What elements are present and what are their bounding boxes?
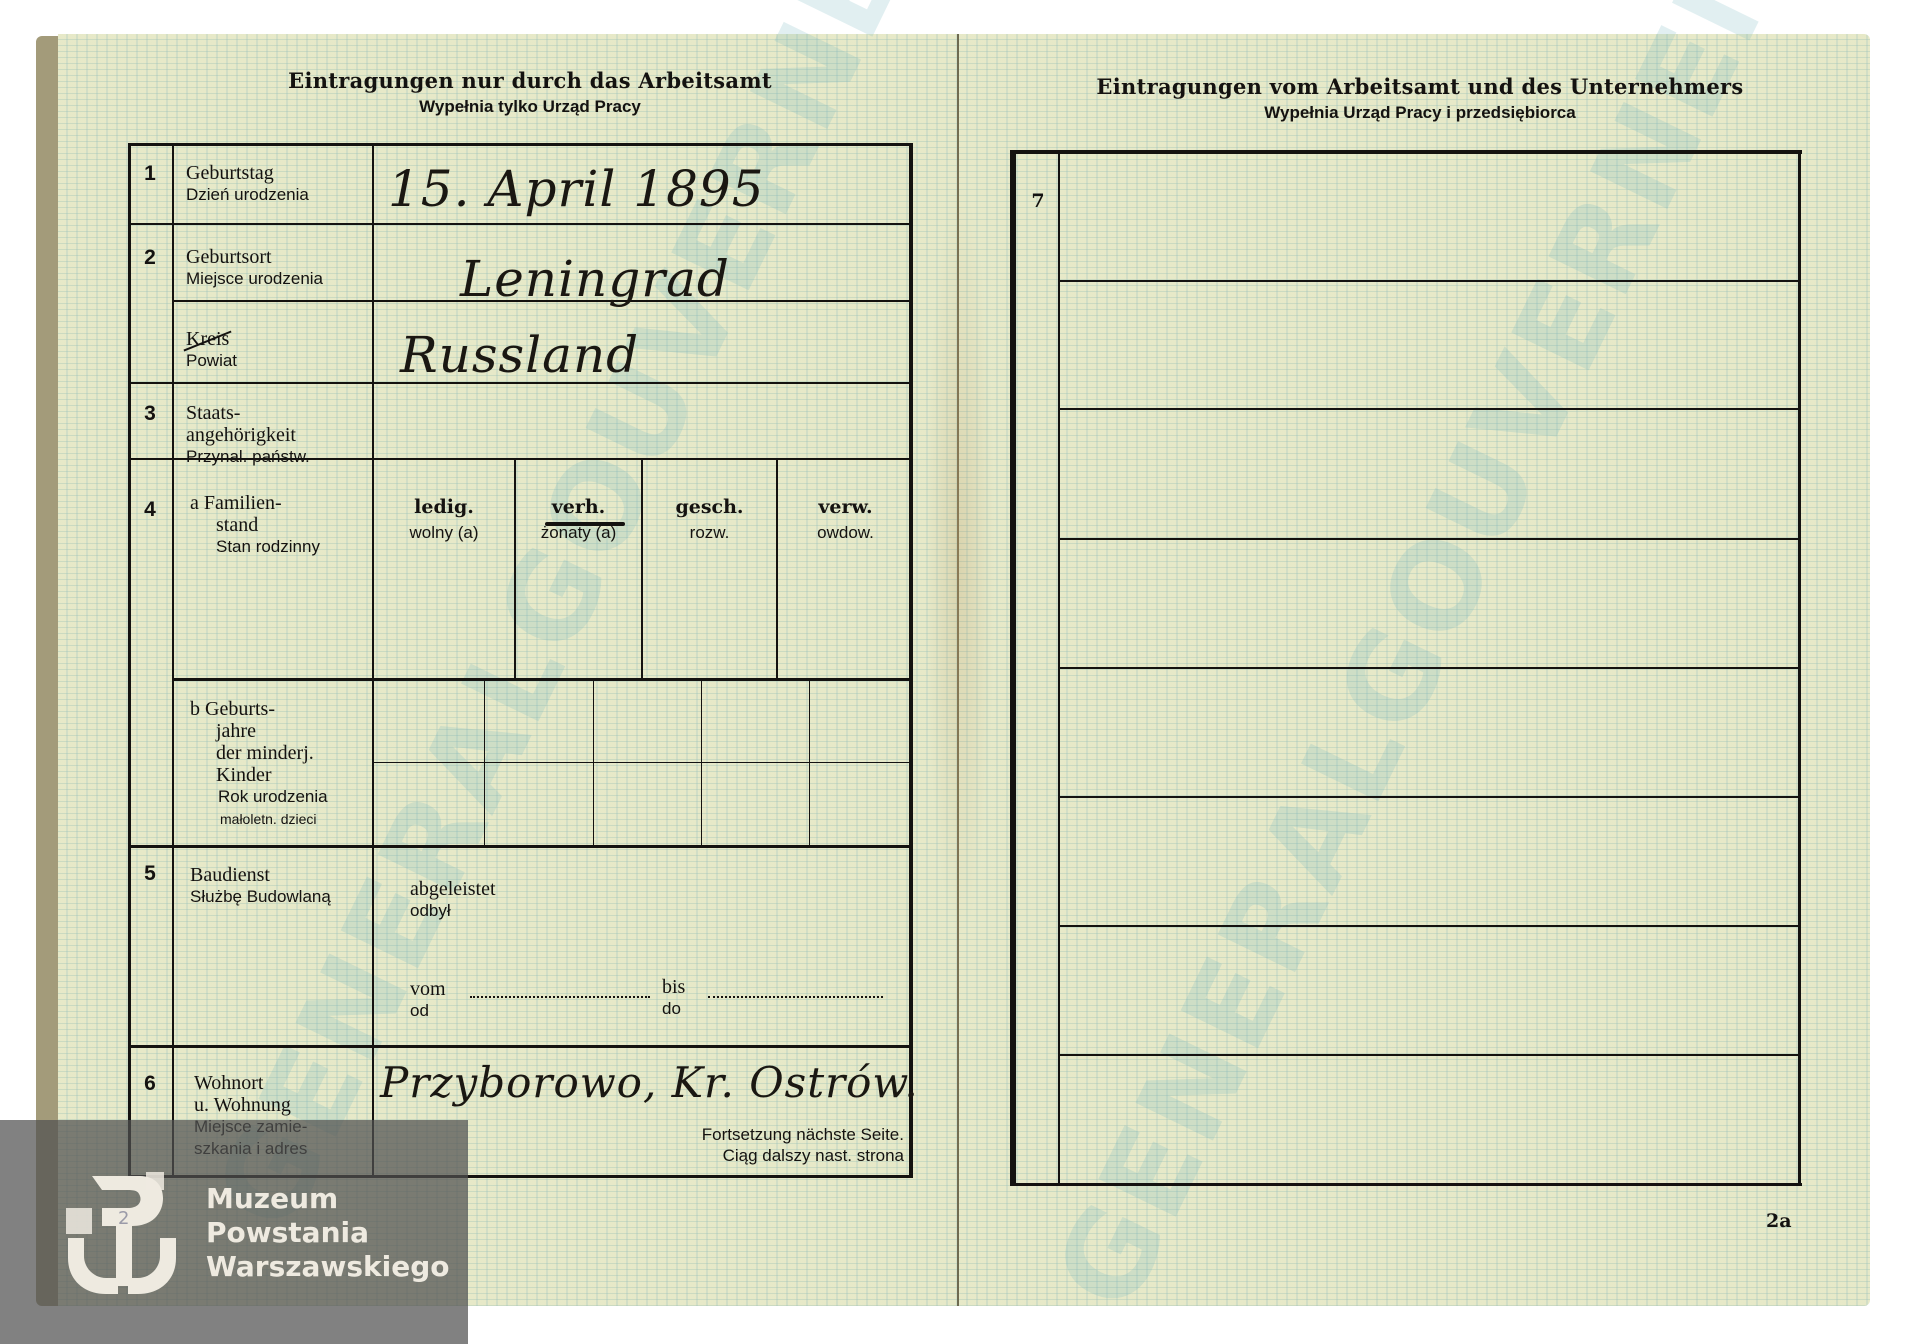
marital-option-widowed[interactable]: verw. owdow. — [778, 494, 913, 546]
label-children-pl2: małoletn. dzieci — [190, 808, 328, 830]
baudienst-completed: abgeleistet odbył — [410, 878, 496, 922]
from-date-field[interactable] — [470, 996, 650, 998]
employment-table-top — [1010, 150, 1802, 154]
option-widowed-pl: owdow. — [778, 520, 913, 546]
employment-table-number-divider — [1058, 152, 1060, 1186]
row-number-4: 4 — [130, 498, 170, 522]
employment-row-line — [1060, 408, 1798, 410]
row-divider — [128, 1045, 913, 1048]
label-residence-de: Wohnort — [194, 1072, 264, 1094]
option-married-de: verh. — [552, 496, 606, 518]
continuation-pl: Ciąg dalszy nast. strona — [723, 1146, 904, 1165]
museum-name: Muzeum Powstania Warszawskiego — [206, 1182, 449, 1284]
marital-option-married[interactable]: verh. żonaty (a) — [516, 494, 641, 546]
label-residence-de2: u. Wohnung — [194, 1094, 291, 1116]
continuation-de: Fortsetzung nächste Seite. — [702, 1125, 904, 1144]
row-number-3: 3 — [130, 402, 170, 426]
museum-name-line2: Powstania — [206, 1216, 449, 1250]
right-page — [958, 34, 1870, 1306]
employment-row-line — [1060, 925, 1798, 927]
right-header-title: Eintragungen vom Arbeitsamt und des Unte… — [1060, 74, 1780, 99]
marital-col-divider — [514, 458, 516, 678]
residence-value[interactable]: Przyborowo, Kr. Ostrów. — [380, 1058, 919, 1107]
baudienst-from-label: vom od — [410, 978, 446, 1022]
baudienst-to-label: bis do — [662, 976, 685, 1020]
continuation-note: Fortsetzung nächste Seite. Ciąg dalszy n… — [660, 1124, 904, 1166]
from-de: vom — [410, 978, 446, 1000]
completed-pl: odbył — [410, 900, 496, 922]
option-divorced-pl: rozw. — [643, 520, 776, 546]
label-baudienst-pl: Służbę Budowlaną — [190, 886, 331, 908]
label-birthplace: Geburtsort Miejsce urodzenia — [186, 246, 323, 290]
employment-row-line — [1060, 796, 1798, 798]
district-value[interactable]: Russland — [400, 326, 639, 384]
label-children-de3: der minderj. — [190, 742, 314, 764]
label-birthplace-de: Geburtsort — [186, 246, 272, 268]
to-date-field[interactable] — [708, 996, 883, 998]
marital-col-divider — [641, 458, 643, 678]
row-number-5: 5 — [130, 862, 170, 886]
label-children-birthyears: b Geburts- jahre der minderj. Kinder Rok… — [190, 698, 328, 830]
to-pl: do — [662, 998, 685, 1020]
employment-row-line — [1060, 538, 1798, 540]
label-district-de: Kreis — [186, 328, 229, 350]
birthplace-value[interactable]: Leningrad — [460, 250, 730, 308]
label-column-divider — [372, 143, 374, 1178]
employment-row-line — [1060, 280, 1798, 282]
left-header-subtitle: Wypełnia tylko Urząd Pracy — [230, 97, 830, 117]
right-header-subtitle: Wypełnia Urząd Pracy i przedsiębiorca — [1060, 103, 1780, 123]
employment-table-left-border — [1010, 152, 1016, 1186]
label-citizenship: Staats- angehörigkeit Przynal. państw. — [186, 402, 310, 468]
label-citizenship-de2: angehörigkeit — [186, 424, 296, 446]
married-selection-underline — [545, 522, 625, 526]
label-marital-de: a Familien- — [190, 492, 282, 514]
option-single-pl: wolny (a) — [374, 520, 514, 546]
employment-table-bottom — [1010, 1183, 1802, 1186]
label-district-pl: Powiat — [186, 350, 237, 372]
label-marital-de2: stand — [190, 514, 258, 536]
label-birthdate: Geburtstag Dzień urodzenia — [186, 162, 309, 206]
completed-de: abgeleistet — [410, 878, 496, 900]
museum-name-line3: Warszawskiego — [206, 1250, 449, 1284]
row-divider — [172, 678, 913, 681]
row-divider — [128, 845, 913, 848]
label-marital-pl: Stan rodzinny — [190, 536, 320, 558]
row-divider — [128, 223, 913, 225]
label-construction-service: Baudienst Służbę Budowlaną — [190, 864, 331, 908]
option-widowed-de: verw. — [818, 496, 872, 518]
left-page-header: Eintragungen nur durch das Arbeitsamt Wy… — [230, 68, 830, 117]
kotwica-anchor-icon: 2 — [62, 1168, 182, 1298]
label-children-de4: Kinder — [190, 764, 272, 786]
children-grid-row — [374, 762, 913, 763]
label-marital-status: a Familien- stand Stan rodzinny — [190, 492, 320, 558]
page-number: 2a — [1766, 1210, 1792, 1232]
label-children-de: b Geburts- — [190, 698, 275, 720]
left-header-title: Eintragungen nur durch das Arbeitsamt — [230, 68, 830, 93]
svg-text:2: 2 — [118, 1208, 129, 1229]
option-divorced-de: gesch. — [675, 496, 743, 518]
row-number-2: 2 — [130, 246, 170, 270]
section-number-7: 7 — [1018, 190, 1058, 212]
label-birthplace-pl: Miejsce urodzenia — [186, 268, 323, 290]
marital-option-divorced[interactable]: gesch. rozw. — [643, 494, 776, 546]
birthdate-value[interactable]: 15. April 1895 — [388, 160, 765, 218]
label-citizenship-pl: Przynal. państw. — [186, 446, 310, 468]
label-birthdate-pl: Dzień urodzenia — [186, 184, 309, 206]
row-number-6: 6 — [130, 1072, 170, 1096]
to-de: bis — [662, 976, 685, 998]
museum-watermark-overlay: 2 Muzeum Powstania Warszawskiego — [0, 1120, 468, 1344]
marital-col-divider — [776, 458, 778, 678]
spine-stain — [925, 180, 995, 940]
label-birthdate-de: Geburtstag — [186, 162, 274, 184]
label-children-pl: Rok urodzenia — [190, 786, 328, 808]
book-spine — [957, 34, 959, 1306]
employment-row-line — [1060, 1054, 1798, 1056]
marital-option-single[interactable]: ledig. wolny (a) — [374, 494, 514, 546]
label-baudienst-de: Baudienst — [190, 864, 270, 886]
number-column-divider — [172, 143, 174, 1178]
employment-row-line — [1060, 667, 1798, 669]
label-children-de2: jahre — [190, 720, 256, 742]
label-district: Kreis Powiat — [186, 328, 237, 372]
right-page-header: Eintragungen vom Arbeitsamt und des Unte… — [1060, 74, 1780, 123]
from-pl: od — [410, 1000, 446, 1022]
option-single-de: ledig. — [414, 496, 474, 518]
museum-name-line1: Muzeum — [206, 1182, 449, 1216]
employment-table-right-border — [1798, 152, 1801, 1186]
label-citizenship-de: Staats- — [186, 402, 240, 424]
row-number-1: 1 — [130, 162, 170, 186]
